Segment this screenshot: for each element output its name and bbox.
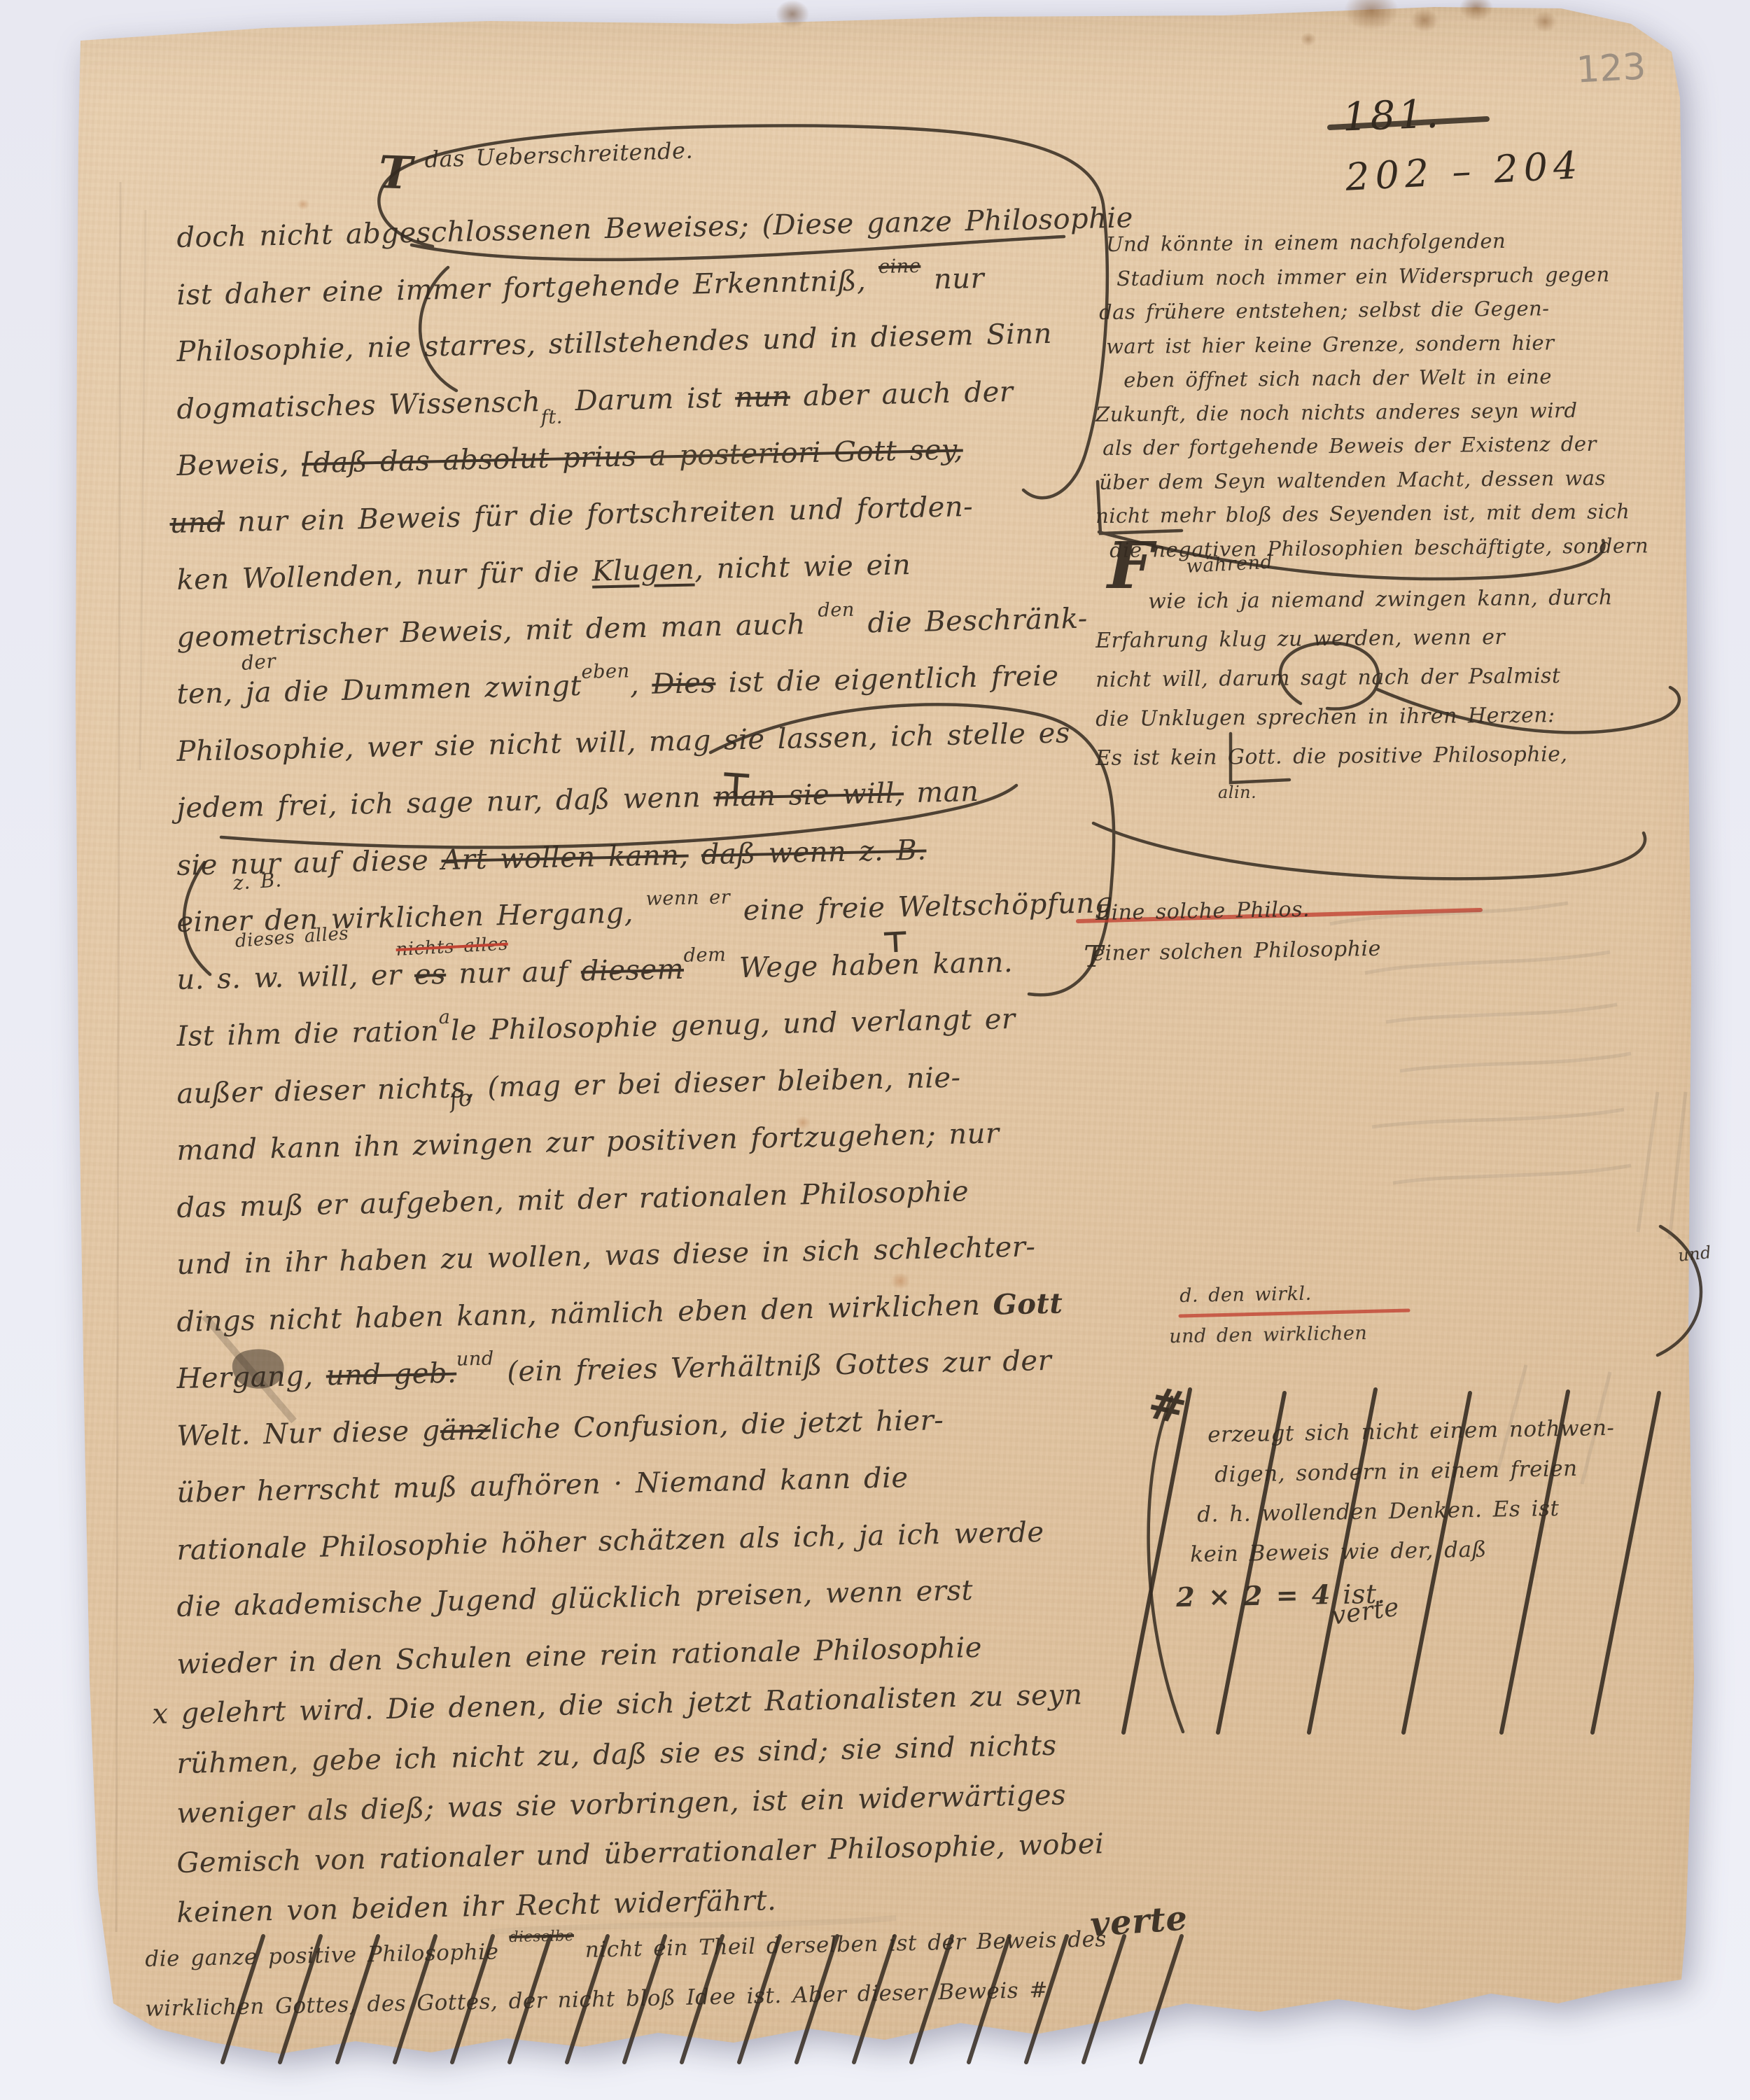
margin-note-wirklichen: und den wirklichen — [1169, 1324, 1367, 1346]
text-segment: Stadium noch immer ein Widerspruch gegen — [1116, 262, 1610, 290]
text-segment: Es ist kein Gott. die positive Philosoph… — [1095, 742, 1568, 771]
text-segment: die Unklugen sprechen in ihren Herzen: — [1095, 703, 1555, 731]
text-segment: Klugen — [591, 554, 694, 588]
margin-note-wirklichen: d. den wirkl. — [1179, 1284, 1312, 1305]
text-segment: nun — [735, 380, 791, 414]
text-segment: einer solchen Philosophie — [1092, 937, 1381, 966]
caption-insert-mark: T — [378, 150, 413, 197]
margin-note-solche-philosophie: Eine solche Philos. — [1095, 899, 1310, 924]
text-segment: nicht mehr bloß des Seyenden ist, mit de… — [1095, 499, 1630, 528]
margin-note-continuation: über dem Seyn waltenden Macht, dessen wa… — [1099, 468, 1606, 492]
text-segment: als der fortgehende Beweis der Existenz … — [1102, 432, 1597, 460]
text-segment: 2 × 2 = 4 — [1176, 1578, 1331, 1613]
note-alinea: alin. — [1218, 784, 1256, 801]
margin-note-continuation: Zukunft, die noch nichts anderes seyn wi… — [1095, 400, 1578, 424]
text-segment: sie nur auf diese — [176, 844, 442, 882]
scanned-manuscript-stage: 123 181. 202 – 204 — [0, 0, 1750, 2100]
insertion-squiggle: ſo — [448, 1086, 473, 1112]
text-segment: es — [414, 958, 446, 990]
text-segment: dieselbe — [509, 1928, 574, 1944]
text-segment: das frühere entstehen; selbst die Gegen- — [1099, 296, 1550, 324]
text-segment: diesem — [580, 953, 684, 987]
text-segment: und — [169, 506, 225, 540]
margin-note-continuation: nicht mehr bloß des Seyenden ist, mit de… — [1095, 501, 1630, 526]
text-segment: Ist ihm die ration — [176, 1015, 440, 1053]
text-segment: ft. — [540, 407, 563, 427]
text-segment: Hergang, — [176, 1360, 326, 1395]
text-segment: und geb. — [325, 1357, 456, 1392]
insertion-waehrend: während — [1186, 553, 1273, 576]
text-segment: , — [629, 668, 652, 701]
margin-note-continuation: wart ist hier keine Grenze, sondern hier — [1106, 332, 1555, 357]
margin-note-continuation: eben öffnet sich nach der Welt in eine — [1123, 367, 1552, 391]
text-segment: Wege haben kann. — [726, 946, 1013, 984]
margin-note-crossed-2x2: digen, sondern in einem freien — [1214, 1458, 1578, 1486]
margin-note-psalmist: nicht will, darum sagt nach der Psalmist — [1095, 666, 1561, 691]
text-segment: eine — [878, 256, 921, 276]
margin-note-crossed-2x2: d. h. wollenden Denken. Es ist — [1197, 1498, 1560, 1526]
text-segment: wie ich ja niemand zwingen kann, durch — [1148, 585, 1613, 614]
margin-note-psalmist: Es ist kein Gott. die positive Philosoph… — [1095, 744, 1568, 769]
text-segment: und — [456, 1349, 494, 1368]
text-segment: wart ist hier keine Grenze, sondern hier — [1106, 330, 1555, 358]
crossed-old-page-number: 181. — [1342, 95, 1442, 138]
margin-note-continuation: Stadium noch immer ein Widerspruch gegen — [1116, 264, 1610, 288]
text-segment: Eine solche Philos. — [1095, 897, 1310, 925]
margin-note-continuation: das frühere entstehen; selbst die Gegen- — [1099, 298, 1550, 323]
text-segment: kein Beweis wie der, daß — [1190, 1537, 1487, 1567]
text-segment: u. s. w. will, er — [176, 958, 415, 995]
text-segment: , nicht wie ein — [694, 549, 911, 585]
text-segment: über dem Seyn waltenden Macht, dessen wa… — [1099, 465, 1606, 493]
pencil-folio-number: 123 — [1576, 48, 1647, 88]
margin-note-continuation: als der fortgehende Beweis der Existenz … — [1102, 434, 1597, 458]
text-segment: nur — [920, 262, 984, 295]
text-segment: man — [904, 776, 979, 809]
text-segment: eben öffnet sich nach der Welt in eine — [1123, 365, 1552, 392]
margin-note-psalmist: Erfahrung klug zu werden, wenn er — [1095, 627, 1505, 652]
margin-word-und: und — [1677, 1244, 1712, 1264]
text-segment: Erfahrung klug zu werden, wenn er — [1095, 625, 1505, 653]
insertion-red-struck: nichts alles — [395, 935, 508, 959]
insert-mark-f: F — [1107, 533, 1154, 598]
insert-mark-t1: ⊤ — [719, 767, 754, 803]
verte-main: verte — [1089, 1901, 1189, 1942]
text-segment: Und könnte in einem nachfolgenden — [1106, 229, 1506, 256]
text-segment: Beweis, — [176, 447, 302, 482]
text-segment: Zukunft, die noch nichts anderes seyn wi… — [1095, 398, 1578, 426]
insert-mark-t2: ⊤ — [881, 927, 911, 958]
insertion-zb: z. B. — [232, 870, 282, 893]
text-segment: Dies — [652, 667, 716, 701]
text-segment — [688, 839, 701, 871]
margin-note-psalmist: wie ich ja niemand zwingen kann, durch — [1148, 587, 1613, 612]
text-segment: nicht will, darum sagt nach der Psalmist — [1095, 664, 1561, 692]
text-segment: Gott — [993, 1287, 1063, 1321]
text-segment: die Beschränk- — [855, 602, 1088, 639]
margin-note-solche-philosophie: einer solchen Philosophie — [1092, 939, 1381, 965]
text-segment: wenn er — [645, 888, 730, 909]
margin-note-continuation: Und könnte in einem nachfolgenden — [1106, 231, 1506, 255]
text-segment: aber auch der — [790, 375, 1013, 412]
text-segment: änz — [440, 1413, 491, 1447]
text-segment: d. den wirkl. — [1179, 1283, 1312, 1307]
margin-note-crossed-2x2: kein Beweis wie der, daß — [1190, 1539, 1487, 1566]
text-segment: a — [438, 1008, 450, 1028]
margin-note-psalmist: die Unklugen sprechen in ihren Herzen: — [1095, 705, 1555, 730]
text-segment: den — [818, 600, 855, 619]
text-segment: daß wenn z. B. — [701, 834, 927, 871]
text-segment: eben — [581, 661, 630, 682]
text-segment: Welt. Nur diese g — [176, 1415, 440, 1452]
text-segment: und den wirklichen — [1169, 1322, 1368, 1347]
insert-mark-t3: T — [1084, 942, 1104, 972]
text-segment: dem — [683, 945, 726, 965]
text-segment: Darum ist — [562, 381, 736, 417]
insertion-der: der — [241, 652, 276, 673]
text-segment: nur auf — [446, 955, 582, 990]
text-segment: Art wollen kann, — [441, 839, 689, 876]
